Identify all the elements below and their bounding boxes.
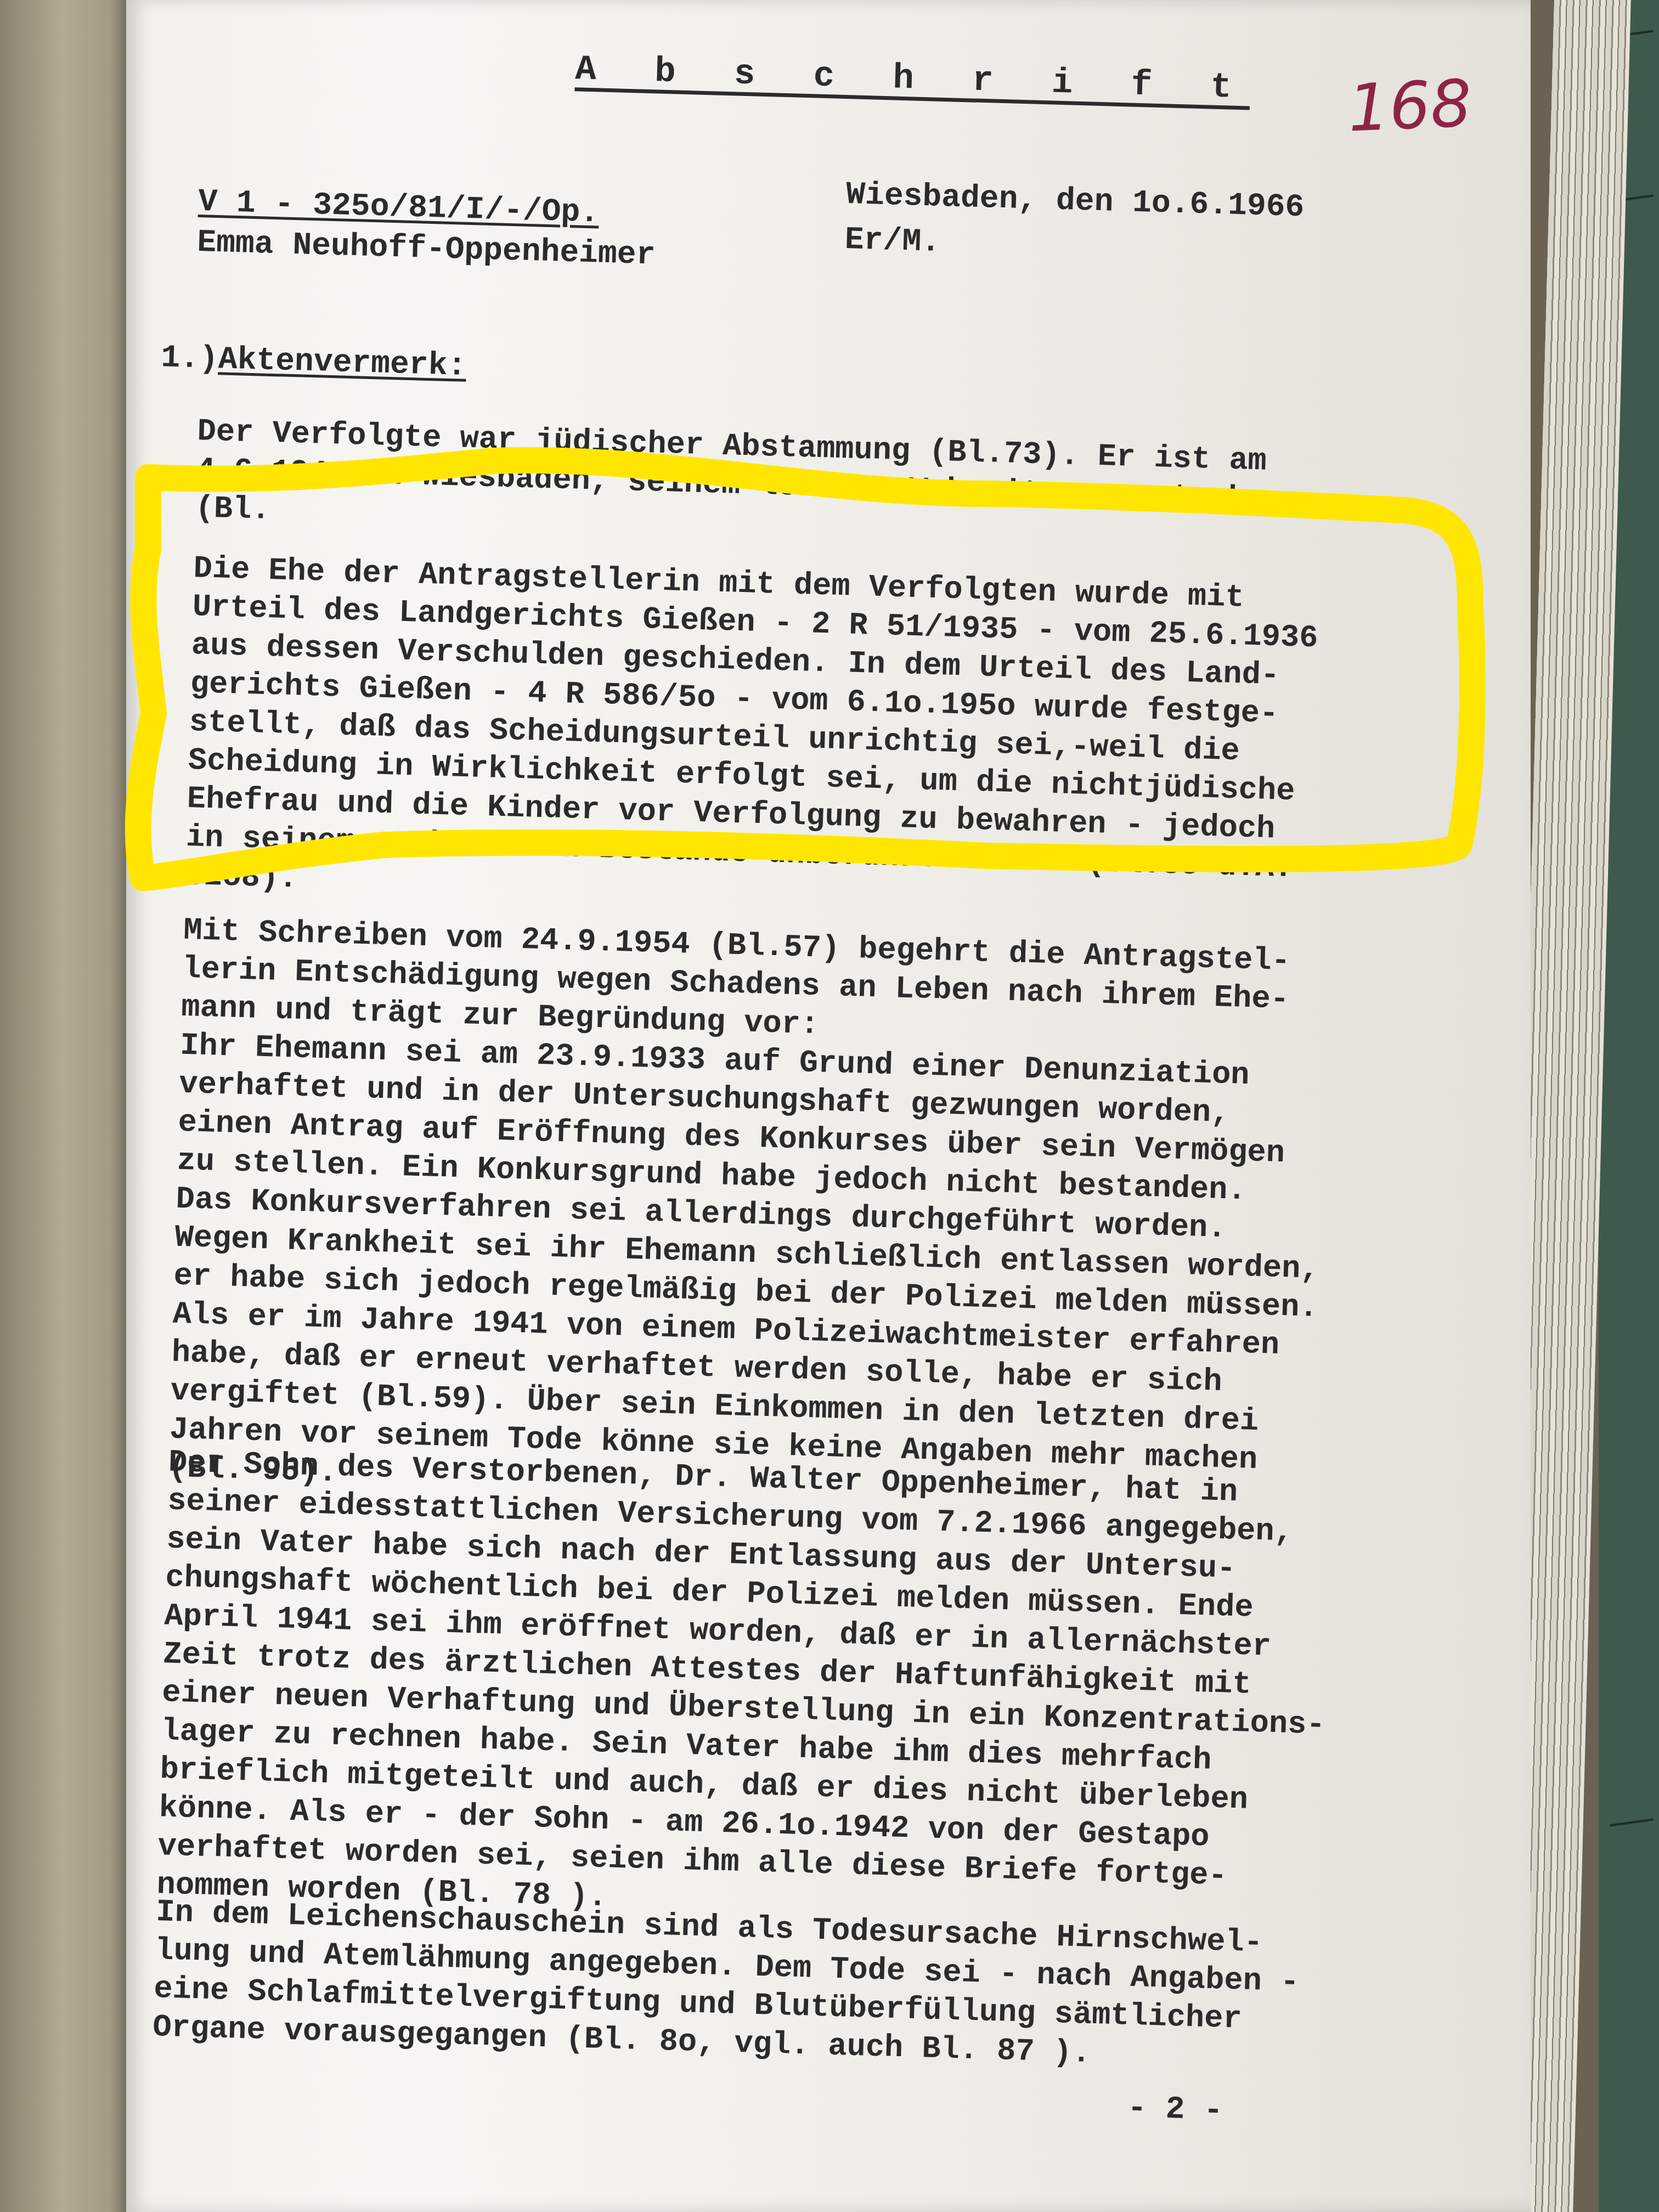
section-title: Aktenvermerk: xyxy=(218,342,467,385)
paragraph-3: Mit Schreiben vom 24.9.1954 (Bl.57) bege… xyxy=(168,912,1328,1520)
paragraph-2-highlighted: Die Ehe der Antragstellerin mit dem Verf… xyxy=(184,550,1319,927)
document-title: A b s c h r i f t xyxy=(574,50,1250,108)
place-date-block: Wiesbaden, den 1o.6.1966 Er/M. xyxy=(844,173,1305,275)
section-heading: 1.)Aktenvermerk: xyxy=(161,340,467,385)
paragraph-5: In dem Leichenschauschein sind als Todes… xyxy=(152,1893,1301,2079)
page-indicator: - 2 - xyxy=(1127,2091,1223,2129)
typed-sheet: A b s c h r i f t 168 V 1 - 325o/81/I/-/… xyxy=(159,33,1486,70)
section-number: 1.) xyxy=(161,340,219,377)
paragraph-4: Der Sohn des Verstorbenen, Dr. Walter Op… xyxy=(156,1444,1332,1937)
document-page: A b s c h r i f t 168 V 1 - 325o/81/I/-/… xyxy=(126,0,1531,2212)
reference-block: V 1 - 325o/81/I/-/Op. Emma Neuhoff-Oppen… xyxy=(196,182,657,276)
facing-page xyxy=(0,0,137,2212)
paragraph-1: Der Verfolgte war jüdischer Abstammung (… xyxy=(195,413,1286,558)
folio-number: 168 xyxy=(1346,65,1473,146)
